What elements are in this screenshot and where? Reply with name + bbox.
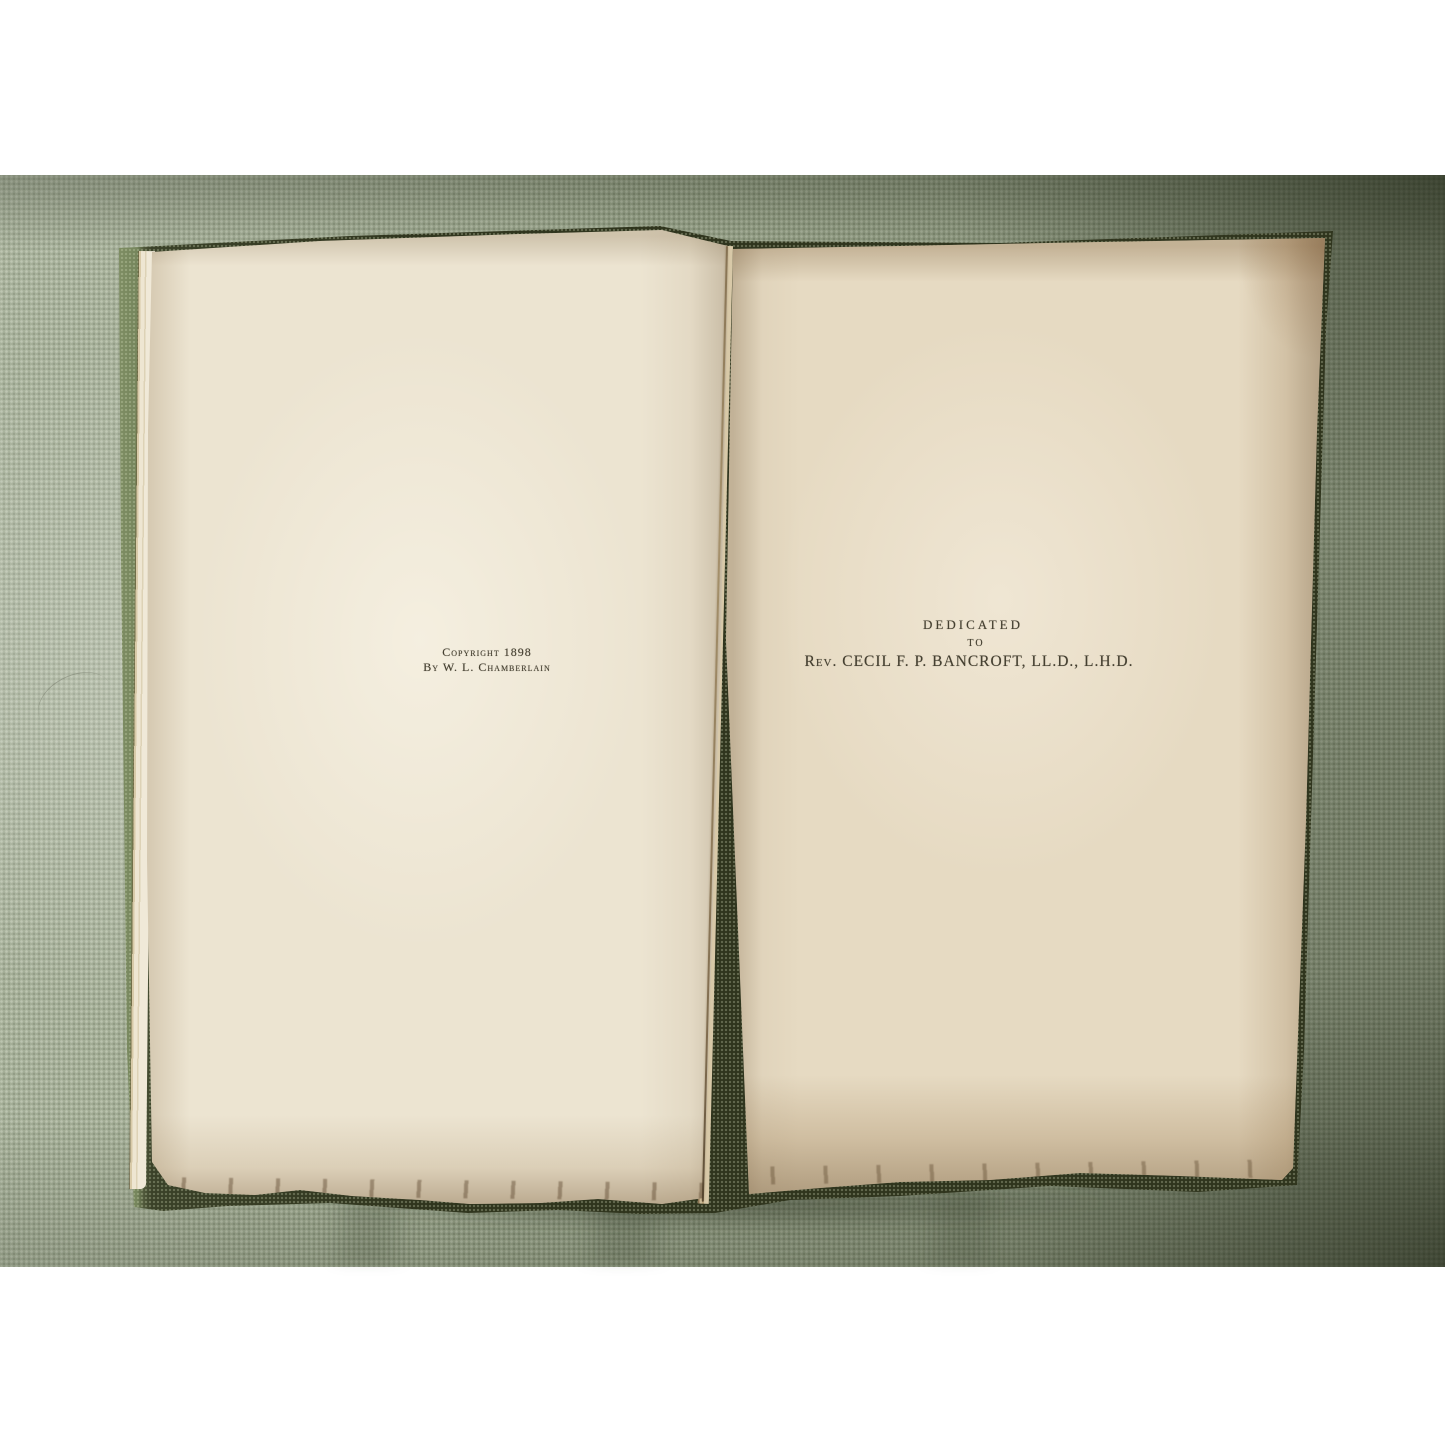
dedication-to: TO bbox=[967, 638, 984, 649]
copyright-line: Copyright 1898 bbox=[423, 645, 550, 660]
copyright-block: Copyright 1898 By W. L. Chamberlain bbox=[423, 645, 550, 674]
copyright-holder-line: By W. L. Chamberlain bbox=[423, 660, 550, 675]
dedication-name: Rev. CECIL F. P. BANCROFT, LL.D., L.H.D. bbox=[804, 653, 1133, 671]
photo-canvas: Copyright 1898 By W. L. Chamberlain DEDI… bbox=[0, 0, 1445, 1445]
dedication-heading: DEDICATED bbox=[923, 617, 1023, 633]
